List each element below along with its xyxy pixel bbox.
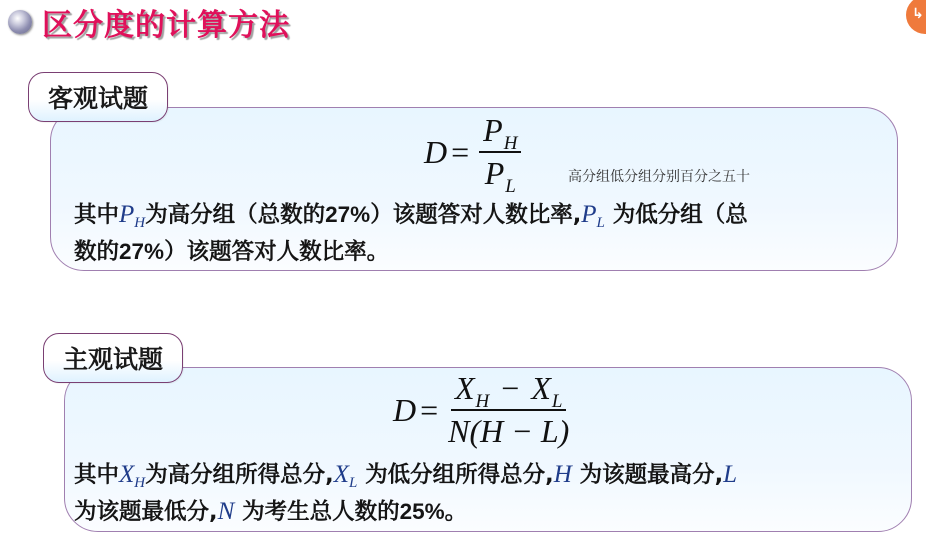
subjective-label: 主观试题 xyxy=(43,333,183,383)
fraction-denominator: N(H − L) xyxy=(448,411,569,450)
fraction-denominator: PL xyxy=(485,153,516,192)
formula-fraction: PH PL xyxy=(479,112,521,192)
objective-note: 高分组低分组分别百分之五十 xyxy=(568,166,750,186)
formula-fraction: XH − XL N(H − L) xyxy=(448,370,569,450)
subjective-line-2: 为该题最低分,N 为考生总人数的25%。 xyxy=(74,495,737,529)
subjective-line-1: 其中XH为高分组所得总分,XL 为低分组所得总分,H 为该题最高分,L xyxy=(74,458,737,495)
subjective-formula: D = XH − XL N(H − L) xyxy=(393,370,569,450)
subjective-description: 其中XH为高分组所得总分,XL 为低分组所得总分,H 为该题最高分,L 为该题最… xyxy=(74,458,737,529)
objective-line-2: 数的27%）该题答对人数比率。 xyxy=(74,235,748,269)
formula-lhs: D xyxy=(424,134,447,171)
formula-equals: = xyxy=(451,134,469,171)
objective-label: 客观试题 xyxy=(28,72,168,122)
objective-line-1: 其中PH为高分组（总数的27%）该题答对人数比率,PL 为低分组（总 xyxy=(74,198,748,235)
formula-lhs: D xyxy=(393,392,416,429)
objective-description: 其中PH为高分组（总数的27%）该题答对人数比率,PL 为低分组（总 数的27%… xyxy=(74,198,748,269)
formula-equals: = xyxy=(420,392,438,429)
fraction-numerator: PH xyxy=(479,112,521,153)
page-title: 区分度的计算方法 xyxy=(42,0,290,44)
title-row: 区分度的计算方法 xyxy=(8,2,290,42)
exit-arrow-icon[interactable]: ↳ xyxy=(906,0,926,34)
fraction-numerator: XH − XL xyxy=(451,370,566,411)
sphere-bullet-icon xyxy=(8,10,32,34)
objective-formula: D = PH PL xyxy=(424,112,521,192)
